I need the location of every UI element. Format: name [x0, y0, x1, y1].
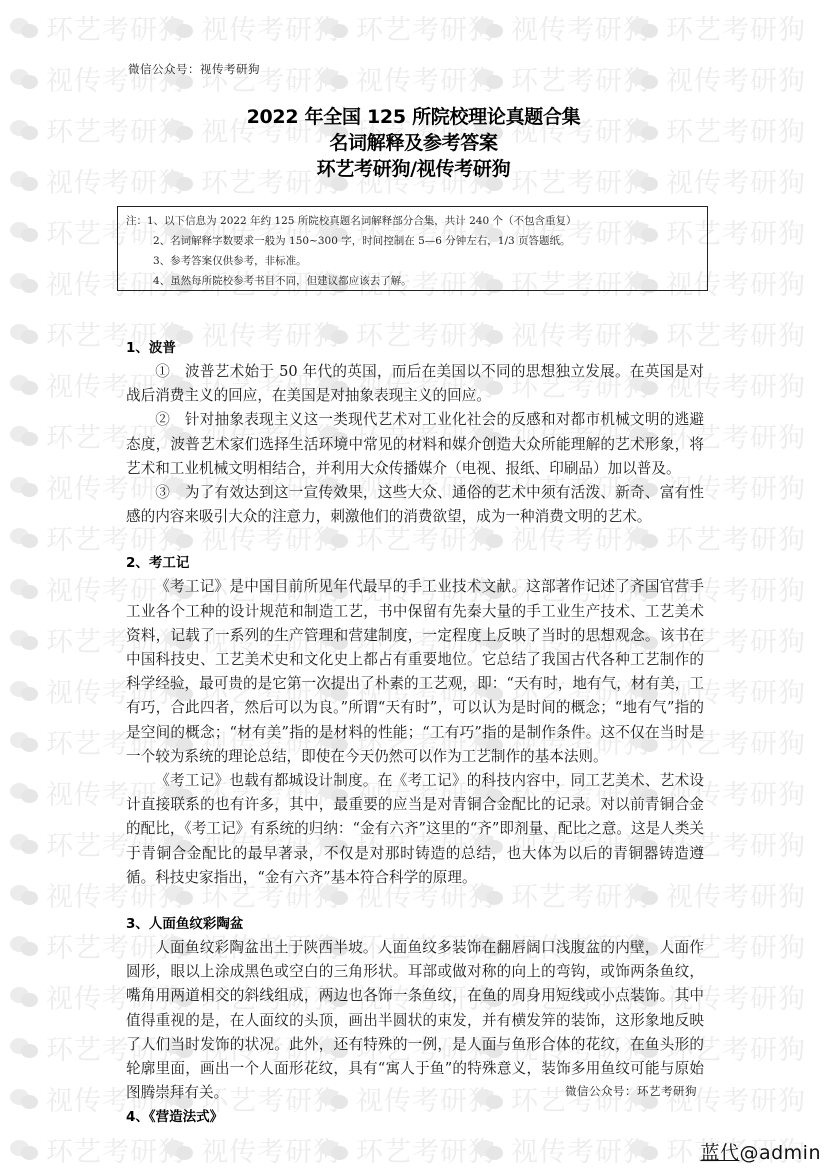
section-heading: 4、《营造法式》 — [126, 1105, 704, 1129]
section-heading: 2、考工记 — [126, 551, 704, 575]
uploader-tag-cn: 蓝代 — [700, 1142, 739, 1164]
paragraph: 人面鱼纹彩陶盆出土于陕西半坡。人面鱼纹多装饰在翻唇阔口浅腹盆的内壁，人面作圆形，… — [126, 936, 704, 1105]
title-line-2: 名词解释及参考答案 — [0, 130, 827, 156]
notice-box: 注：1、以下信息为 2022 年约 125 所院校真题名词解释部分合集，共计 2… — [117, 206, 708, 291]
document-body: 1、波普 ① 波普艺术始于 50 年代的英国，而后在美国以不同的思想独立发展。在… — [126, 336, 704, 1129]
notice-item-4: 4、虽然每所院校参考书目不同，但建议都应该去了解。 — [126, 271, 701, 291]
section-heading: 3、人面鱼纹彩陶盆 — [126, 912, 704, 936]
paragraph: ② 针对抽象表现主义这一类现代艺术对工业化社会的反感和对都市机械文明的逃避态度，… — [126, 408, 704, 481]
section-heading: 1、波普 — [126, 336, 704, 360]
document-title: 2022 年全国 125 所院校理论真题合集 名词解释及参考答案 环艺考研狗/视… — [0, 104, 827, 182]
section-pop-art: 1、波普 ① 波普艺术始于 50 年代的英国，而后在美国以不同的思想独立发展。在… — [126, 336, 704, 529]
document-page: 微信公众号：视传考研狗 2022 年全国 125 所院校理论真题合集 名词解释及… — [0, 0, 827, 1169]
paragraph: ① 波普艺术始于 50 年代的英国，而后在美国以不同的思想独立发展。在英国是对战… — [126, 360, 704, 408]
title-line-3: 环艺考研狗/视传考研狗 — [0, 156, 827, 182]
header-wechat-note: 微信公众号：视传考研狗 — [128, 61, 260, 77]
uploader-tag-en: @admin — [739, 1142, 821, 1164]
footer-wechat-note: 微信公众号：环艺考研狗 — [565, 1083, 697, 1099]
section-kaogongji: 2、考工记 《考工记》是中国目前所见年代最早的手工业技术文献。这部著作记述了齐国… — [126, 551, 704, 890]
uploader-tag: 蓝代@admin — [700, 1138, 821, 1165]
section-fish-basin: 3、人面鱼纹彩陶盆 人面鱼纹彩陶盆出土于陕西半坡。人面鱼纹多装饰在翻唇阔口浅腹盆… — [126, 912, 704, 1105]
paragraph: ③ 为了有效达到这一宣传效果，这些大众、通俗的艺术中须有活泼、新奇、富有性感的内… — [126, 481, 704, 529]
notice-item-1: 注：1、以下信息为 2022 年约 125 所院校真题名词解释部分合集，共计 2… — [126, 211, 701, 231]
paragraph: 《考工记》是中国目前所见年代最早的手工业技术文献。这部著作记述了齐国官营手工业各… — [126, 575, 704, 769]
title-line-1: 2022 年全国 125 所院校理论真题合集 — [0, 104, 827, 130]
notice-item-3: 3、参考答案仅供参考，非标准。 — [126, 251, 701, 271]
paragraph: 《考工记》也载有都城设计制度。在《考工记》的科技内容中，同工艺美术、艺术设计直接… — [126, 769, 704, 890]
notice-item-2: 2、名词解释字数要求一般为 150~300 字，时间控制在 5—6 分钟左右，1… — [126, 231, 701, 251]
section-yingzao-fashi: 4、《营造法式》 — [126, 1105, 704, 1129]
section-gap — [126, 529, 704, 551]
section-gap — [126, 890, 704, 912]
